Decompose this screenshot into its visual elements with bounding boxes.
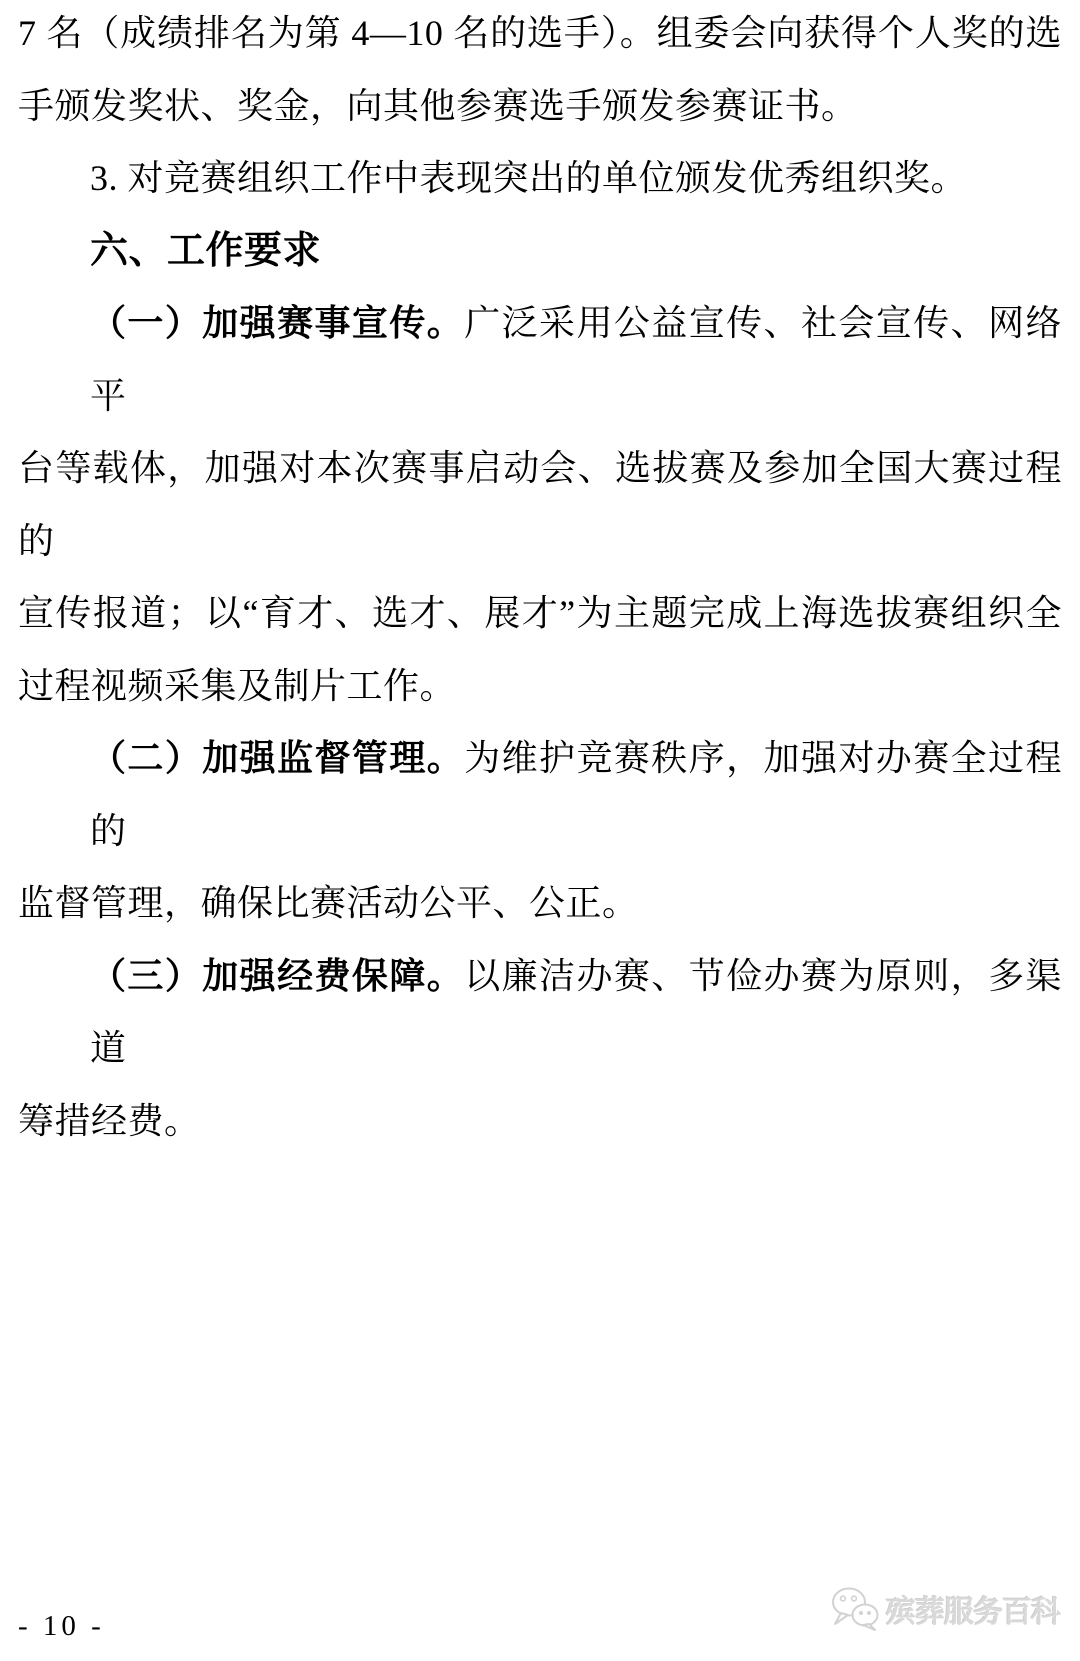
lead-phrase: （二）加强监督管理。 xyxy=(90,738,464,778)
section-heading: 六、工作要求 xyxy=(18,215,1062,288)
text-line: 监督管理，确保比赛活动公平、公正。 xyxy=(18,867,1062,940)
page-number: - 10 - xyxy=(18,1610,105,1643)
lead-phrase: （三）加强经费保障。 xyxy=(90,956,464,996)
text-line: 3. 对竞赛组织工作中表现突出的单位颁发优秀组织奖。 xyxy=(18,142,1062,215)
text-line: 7 名（成绩排名为第 4—10 名的选手）。组委会向获得个人奖的选 xyxy=(18,0,1062,70)
text-line: （三）加强经费保障。以廉洁办赛、节俭办赛为原则，多渠道 xyxy=(18,940,1062,1085)
text-line: 台等载体，加强对本次赛事启动会、选拔赛及参加全国大赛过程的 xyxy=(18,432,1062,577)
watermark: 殡葬服务百科 xyxy=(830,1586,1060,1632)
document-body: 7 名（成绩排名为第 4—10 名的选手）。组委会向获得个人奖的选手颁发奖状、奖… xyxy=(18,0,1062,1157)
text-line: （二）加强监督管理。为维护竞赛秩序，加强对办赛全过程的 xyxy=(18,722,1062,867)
text-line: 过程视频采集及制片工作。 xyxy=(18,650,1062,723)
text-line: 手颁发奖状、奖金，向其他参赛选手颁发参赛证书。 xyxy=(18,70,1062,143)
text-line: （一）加强赛事宣传。广泛采用公益宣传、社会宣传、网络平 xyxy=(18,287,1062,432)
document-page: 7 名（成绩排名为第 4—10 名的选手）。组委会向获得个人奖的选手颁发奖状、奖… xyxy=(0,0,1080,1661)
watermark-text: 殡葬服务百科 xyxy=(886,1587,1060,1631)
wechat-icon xyxy=(830,1586,880,1632)
text-line: 筹措经费。 xyxy=(18,1085,1062,1158)
text-line: 宣传报道；以“育才、选才、展才”为主题完成上海选拔赛组织全 xyxy=(18,577,1062,650)
lead-phrase: （一）加强赛事宣传。 xyxy=(90,303,464,343)
